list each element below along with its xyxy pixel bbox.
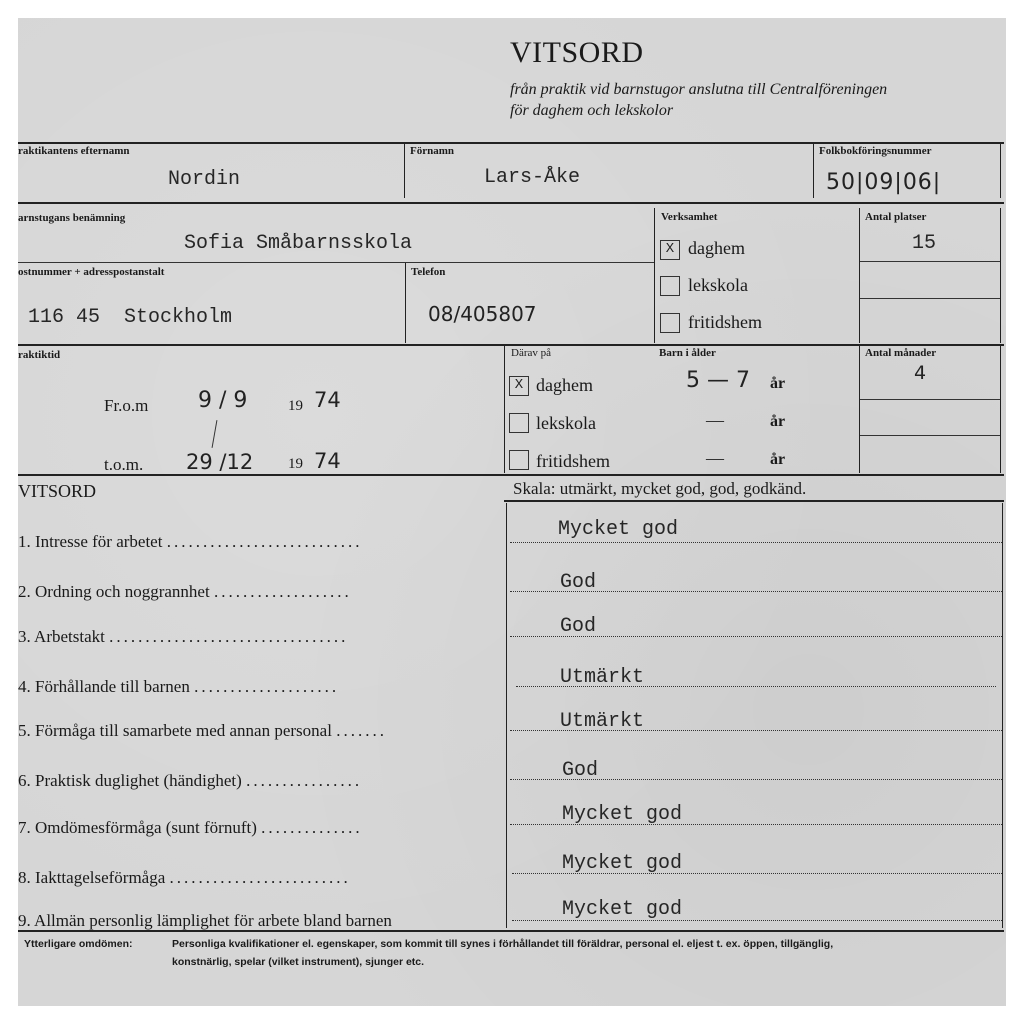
activity-fritidshem-checkbox[interactable] (660, 313, 680, 333)
pen-stroke (212, 420, 218, 448)
of-which-daghem-label: daghem (536, 375, 593, 396)
divider (506, 503, 507, 928)
additional-remarks-label: Ytterligare omdömen: (24, 935, 172, 953)
criterion-5-label: 5. Förmåga till samarbete med annan pers… (18, 721, 387, 741)
from-label: Fr.o.m (104, 396, 148, 416)
address-field[interactable]: 116 45 Stockholm (28, 306, 232, 329)
of-which-lekskola-checkbox[interactable] (509, 413, 529, 433)
criterion-9-label: 9. Allmän personlig lämplighet för arbet… (18, 911, 392, 931)
divider (18, 930, 1004, 932)
months-field[interactable]: 4 (914, 362, 926, 384)
divider (18, 474, 1004, 476)
criterion-1-label: 1. Intresse för arbetet ................… (18, 532, 362, 552)
age-daghem-unit: år (770, 375, 785, 393)
additional-remarks: Ytterligare omdömen:Personliga kvalifika… (24, 935, 833, 971)
grade-line (510, 542, 1002, 543)
divider (860, 298, 1000, 299)
divider (860, 261, 1000, 262)
from-century: 19 (288, 398, 303, 415)
criterion-3-label: 3. Arbetstakt ..........................… (18, 627, 348, 647)
form-subtitle-line1: från praktik vid barnstugor anslutna til… (510, 81, 887, 99)
of-which-label: Därav på (511, 347, 551, 359)
firstname-label: Förnamn (410, 145, 454, 157)
of-which-daghem-checkbox[interactable]: X (509, 376, 529, 396)
activity-lekskola-label: lekskola (688, 275, 748, 296)
grade-line (512, 873, 1002, 874)
places-field[interactable]: 15 (912, 232, 936, 255)
form-subtitle-line2: för daghem och lekskolor (510, 102, 673, 120)
places-label: Antal platser (865, 211, 926, 223)
age-daghem-field[interactable]: 5 — 7 (686, 368, 750, 393)
divider (860, 399, 1000, 400)
criterion-7-grade[interactable]: Mycket god (562, 803, 682, 826)
divider (405, 263, 406, 343)
divider (1000, 208, 1001, 343)
divider (859, 208, 860, 343)
of-which-fritidshem-label: fritidshem (536, 451, 610, 472)
criterion-2-label: 2. Ordning och noggrannhet .............… (18, 582, 352, 602)
grade-line (510, 824, 1002, 825)
criterion-6-label: 6. Praktisk duglighet (händighet) ......… (18, 771, 362, 791)
divider (18, 344, 1004, 346)
from-year-field[interactable]: 74 (314, 388, 341, 412)
activity-daghem-checkbox[interactable]: X (660, 240, 680, 260)
divider (1000, 143, 1001, 198)
criterion-3-grade[interactable]: God (560, 615, 596, 638)
of-which-lekskola-label: lekskola (536, 413, 596, 434)
phone-field[interactable]: 08/405807 (428, 302, 537, 326)
divider (18, 202, 1004, 204)
activity-fritidshem-label: fritidshem (688, 312, 762, 333)
form-title: VITSORD (510, 36, 644, 70)
to-date-field[interactable]: 29 /12 (186, 450, 253, 474)
divider (404, 143, 405, 198)
grade-line (516, 686, 996, 687)
criterion-7-label: 7. Omdömesförmåga (sunt förnuft) .......… (18, 818, 363, 838)
months-label: Antal månader (865, 347, 936, 359)
idnumber-field[interactable]: 50|09|06| (826, 170, 941, 195)
surname-field[interactable]: Nordin (168, 168, 240, 191)
grade-line (510, 779, 1002, 780)
activity-daghem-label: daghem (688, 238, 745, 259)
divider (860, 435, 1000, 436)
form-paper: VITSORD från praktik vid barnstugor ansl… (18, 18, 1006, 1006)
idnumber-label: Folkbokföringsnummer (819, 145, 931, 157)
age-label: Barn i ålder (659, 347, 716, 359)
from-date-field[interactable]: 9 / 9 (198, 388, 247, 413)
grading-scale: Skala: utmärkt, mycket god, god, godkänd… (513, 479, 806, 499)
facility-field[interactable]: Sofia Småbarnsskola (184, 232, 412, 255)
divider (504, 345, 505, 473)
criterion-4-label: 4. Förhållande till barnen .............… (18, 677, 339, 697)
address-label: ostnummer + adresspostanstalt (18, 266, 164, 278)
activity-label: Verksamhet (661, 211, 717, 223)
to-label: t.o.m. (104, 455, 143, 475)
age-fritidshem-unit: år (770, 451, 785, 469)
divider (859, 345, 860, 473)
grade-line (510, 730, 1002, 731)
to-century: 19 (288, 456, 303, 473)
activity-lekskola-checkbox[interactable] (660, 276, 680, 296)
divider (813, 143, 814, 198)
additional-remarks-text: Personliga kvalifikationer el. egenskape… (172, 938, 833, 950)
age-lekskola-unit: år (770, 413, 785, 431)
divider (1002, 503, 1003, 928)
facility-label: arnstugans benämning (18, 212, 125, 224)
phone-label: Telefon (411, 266, 445, 278)
criterion-9-grade[interactable]: Mycket god (562, 898, 682, 921)
age-fritidshem-field[interactable]: — (706, 448, 724, 469)
criterion-1-grade[interactable]: Mycket god (558, 518, 678, 541)
surname-label: raktikantens efternamn (18, 145, 130, 157)
divider (18, 142, 1004, 144)
vitsord-section-title: VITSORD (18, 481, 96, 502)
of-which-fritidshem-checkbox[interactable] (509, 450, 529, 470)
grade-line (510, 591, 1002, 592)
divider (18, 262, 654, 263)
criterion-8-grade[interactable]: Mycket god (562, 852, 682, 875)
divider (654, 208, 655, 343)
divider (1000, 345, 1001, 473)
to-year-field[interactable]: 74 (314, 449, 341, 473)
firstname-field[interactable]: Lars-Åke (484, 166, 580, 189)
period-label: raktiktid (18, 349, 60, 361)
additional-remarks-text-2: konstnärlig, spelar (vilket instrument),… (24, 953, 833, 971)
divider (504, 500, 1004, 502)
age-lekskola-field[interactable]: — (706, 410, 724, 431)
grade-line (510, 636, 1002, 637)
criterion-8-label: 8. Iakttagelseförmåga ..................… (18, 868, 351, 888)
grade-line (512, 920, 1002, 921)
